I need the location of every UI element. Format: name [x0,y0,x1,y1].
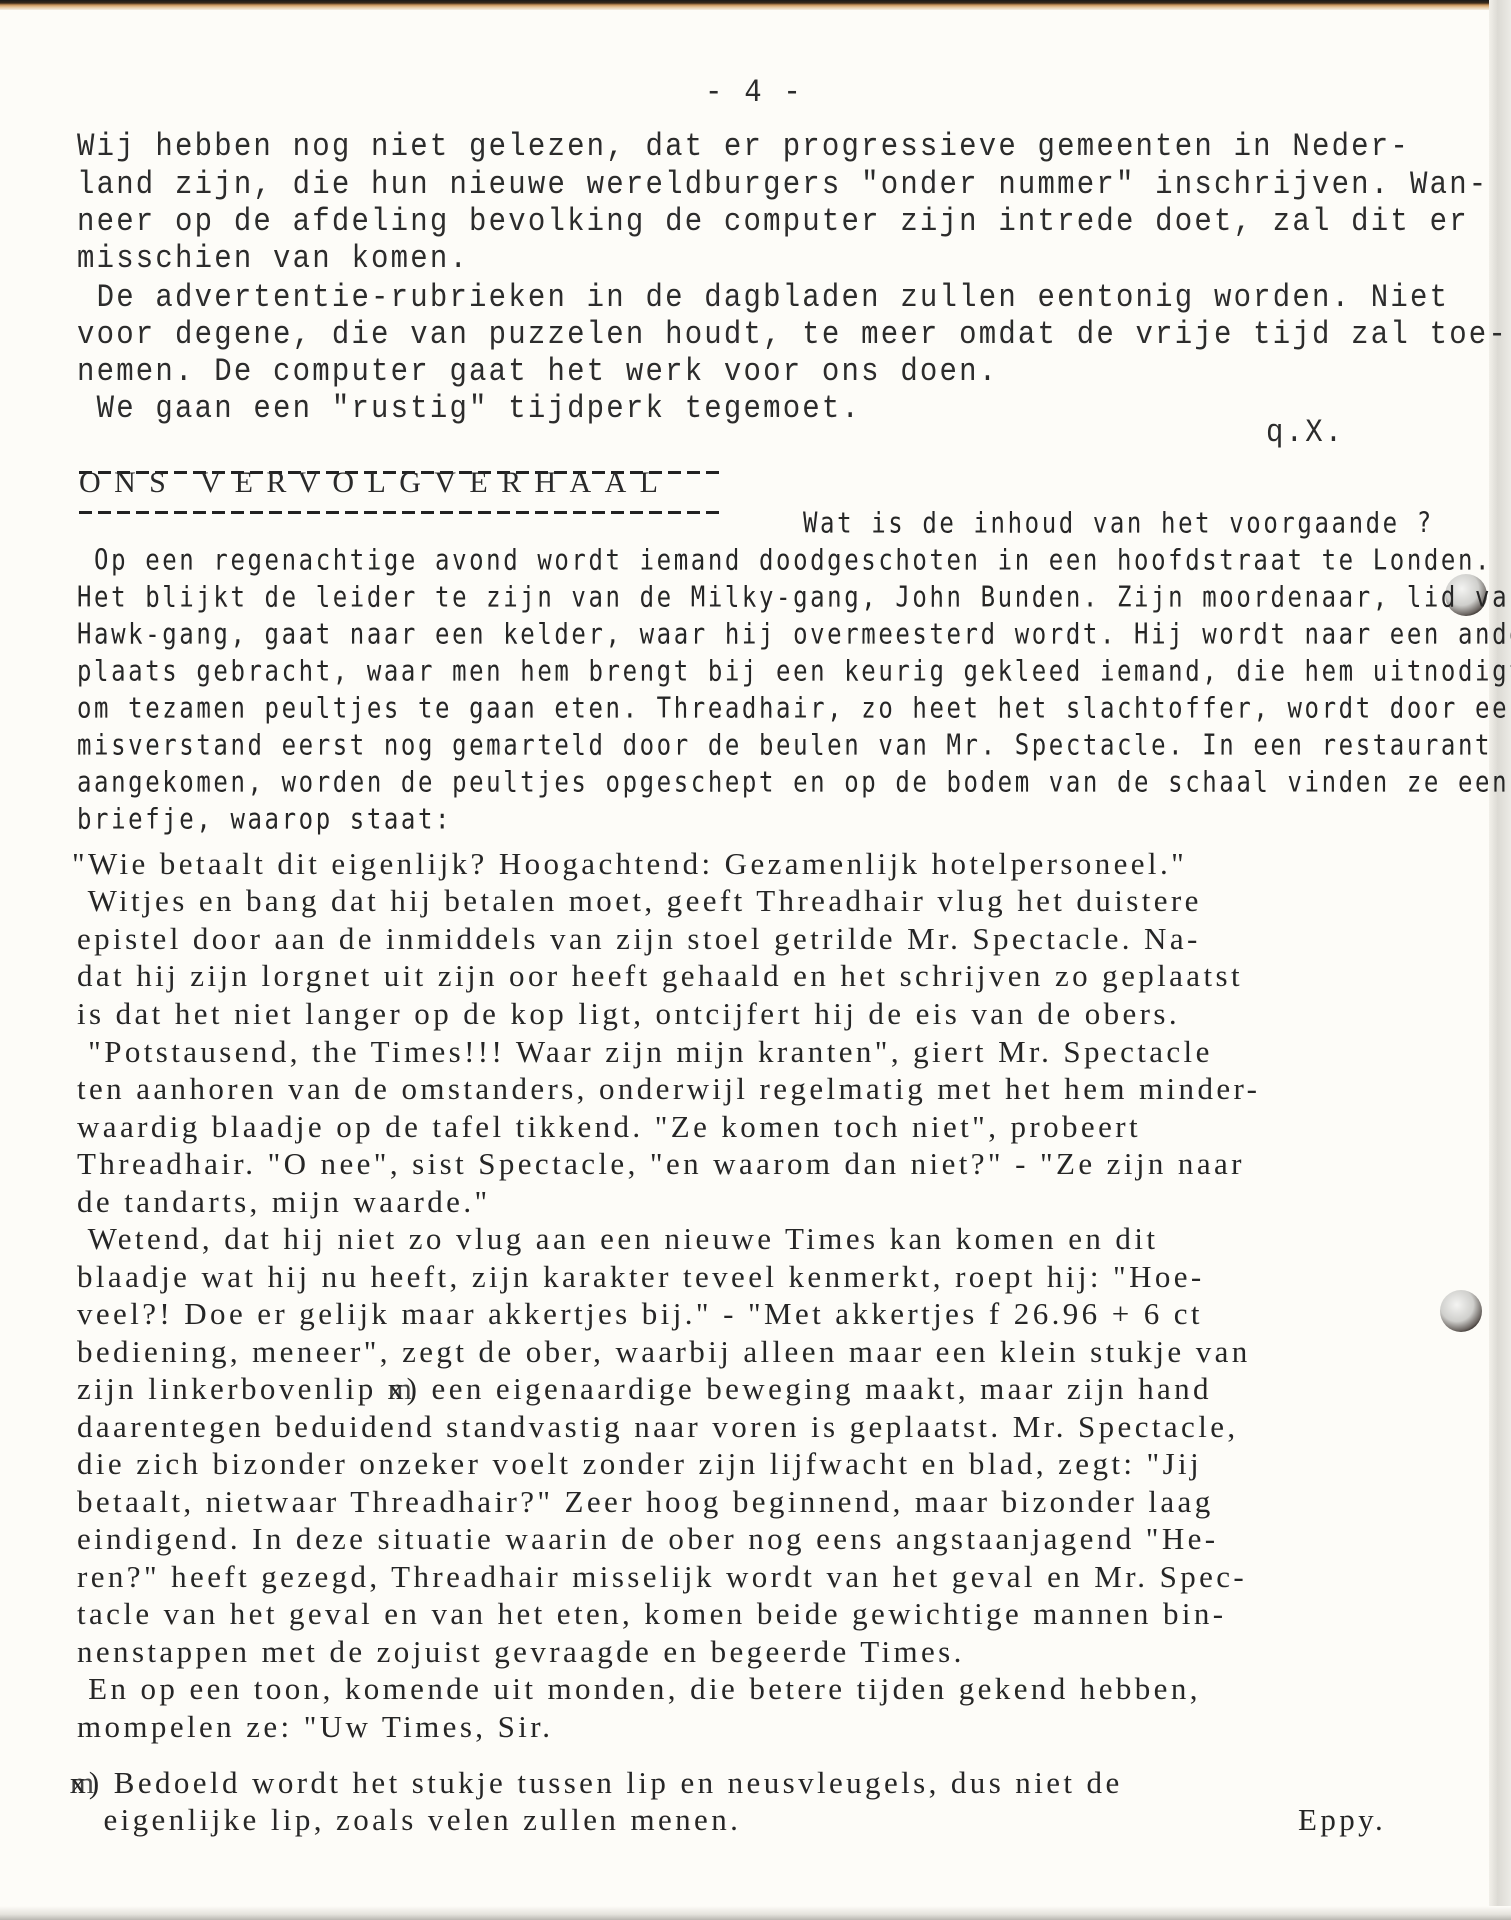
story-line: is dat het niet langer op de kop ligt, o… [77,996,1180,1032]
recap-line: om tezamen peultjes te gaan eten. Thread… [77,691,1511,725]
page-number: - 4 - [705,74,803,111]
story-line-text: een eigenaardige beweging maakt, maar zi… [420,1371,1212,1406]
intro-line: voor degene, die van puzzelen houdt, te … [77,316,1508,353]
story-line: veel?! Doe er gelijk maar akkertjes bij.… [77,1296,1203,1332]
story-line-text: zijn linkerbovenlip [77,1371,388,1406]
recap-question: Wat is de inhoud van het voorgaande ? [803,506,1434,540]
recap-line: Het blijkt de leider te zijn van de Milk… [77,580,1511,614]
story-line: ten aanhoren van de omstanders, onderwij… [77,1071,1260,1107]
page-top-edge [0,0,1511,10]
story-line: betaalt, nietwaar Threadhair?" Zeer hoog… [77,1484,1214,1520]
intro-line: misschien van komen. [77,240,469,277]
intro-line: nemen. De computer gaat het werk voor on… [77,353,998,390]
recap-line: aangekomen, worden de peultjes opgeschep… [77,765,1509,799]
footnote-line: mx) Bedoeld wordt het stukje tussen lip … [70,1765,1123,1801]
recap-line: Hawk-gang, gaat naar een kelder, waar hi… [77,617,1511,651]
story-line: tacle van het geval en van het eten, kom… [77,1596,1227,1632]
intro-line: De advertentie-rubrieken in de dagbladen… [77,279,1449,316]
story-line: En op een toon, komende uit monden, die … [77,1671,1201,1707]
story-line: ren?" heeft gezegd, Threadhair misselijk… [77,1559,1247,1595]
story-line: epistel door aan de inmiddels van zijn s… [77,921,1201,957]
recap-line: misverstand eerst nog gemarteld door de … [77,728,1492,762]
story-line: bediening, meneer", zegt de ober, waarbi… [77,1334,1251,1370]
story-line: mompelen ze: "Uw Times, Sir. [77,1709,553,1745]
recap-line: plaats gebracht, waar men hem brengt bij… [77,654,1511,688]
recap-line: briefje, waarop staat: [77,802,452,836]
page-right-edge [1489,0,1511,1920]
intro-line: neer op de afdeling bevolking de compute… [77,203,1469,240]
footnote-marker-overstrike: m [388,1371,416,1407]
footnote-marker: mx) [388,1371,421,1407]
footnote-line: eigenlijke lip, zoals velen zullen menen… [70,1802,741,1838]
story-line: "Potstausend, the Times!!! Waar zijn mij… [77,1034,1213,1070]
story-line: dat hij zijn lorgnet uit zijn oor heeft … [77,958,1243,994]
story-line: Witjes en bang dat hij betalen moet, gee… [77,883,1202,919]
intro-signature: q.X. [1266,414,1344,451]
punch-hole-icon [1440,1290,1482,1332]
story-line: daarentegen beduidend standvastig naar v… [77,1409,1239,1445]
intro-line: We gaan een "rustig" tijdperk tegemoet. [77,390,861,427]
footnote-marker: mx) [70,1765,103,1801]
story-signature: Eppy. [1298,1802,1386,1838]
story-line: waardig blaadje op de tafel tikkend. "Ze… [77,1109,1141,1145]
intro-line: Wij hebben nog niet gelezen, dat er prog… [77,128,1410,165]
story-line-with-footnote: zijn linkerbovenlip mx) een eigenaardige… [77,1371,1212,1407]
section-heading: ONS VERVOLGVERHAAL [79,466,671,500]
story-line: nenstappen met de zojuist gevraagde en b… [77,1634,965,1670]
story-line: de tandarts, mijn waarde." [77,1184,491,1220]
intro-line: land zijn, die hun nieuwe wereldburgers … [77,166,1488,203]
story-line: die zich bizonder onzeker voelt zonder z… [77,1446,1202,1482]
story-line: blaadje wat hij nu heeft, zijn karakter … [77,1259,1205,1295]
story-line: "Wie betaalt dit eigenlijk? Hoogachtend:… [72,846,1187,882]
heading-rule-bottom [79,511,719,514]
recap-line: Op een regenachtige avond wordt iemand d… [77,543,1492,577]
story-line: Wetend, dat hij niet zo vlug aan een nie… [77,1221,1158,1257]
page-bottom-edge [0,1906,1511,1920]
story-line: Threadhair. "O nee", sist Spectacle, "en… [77,1146,1245,1182]
story-line: eindigend. In deze situatie waarin de ob… [77,1521,1219,1557]
